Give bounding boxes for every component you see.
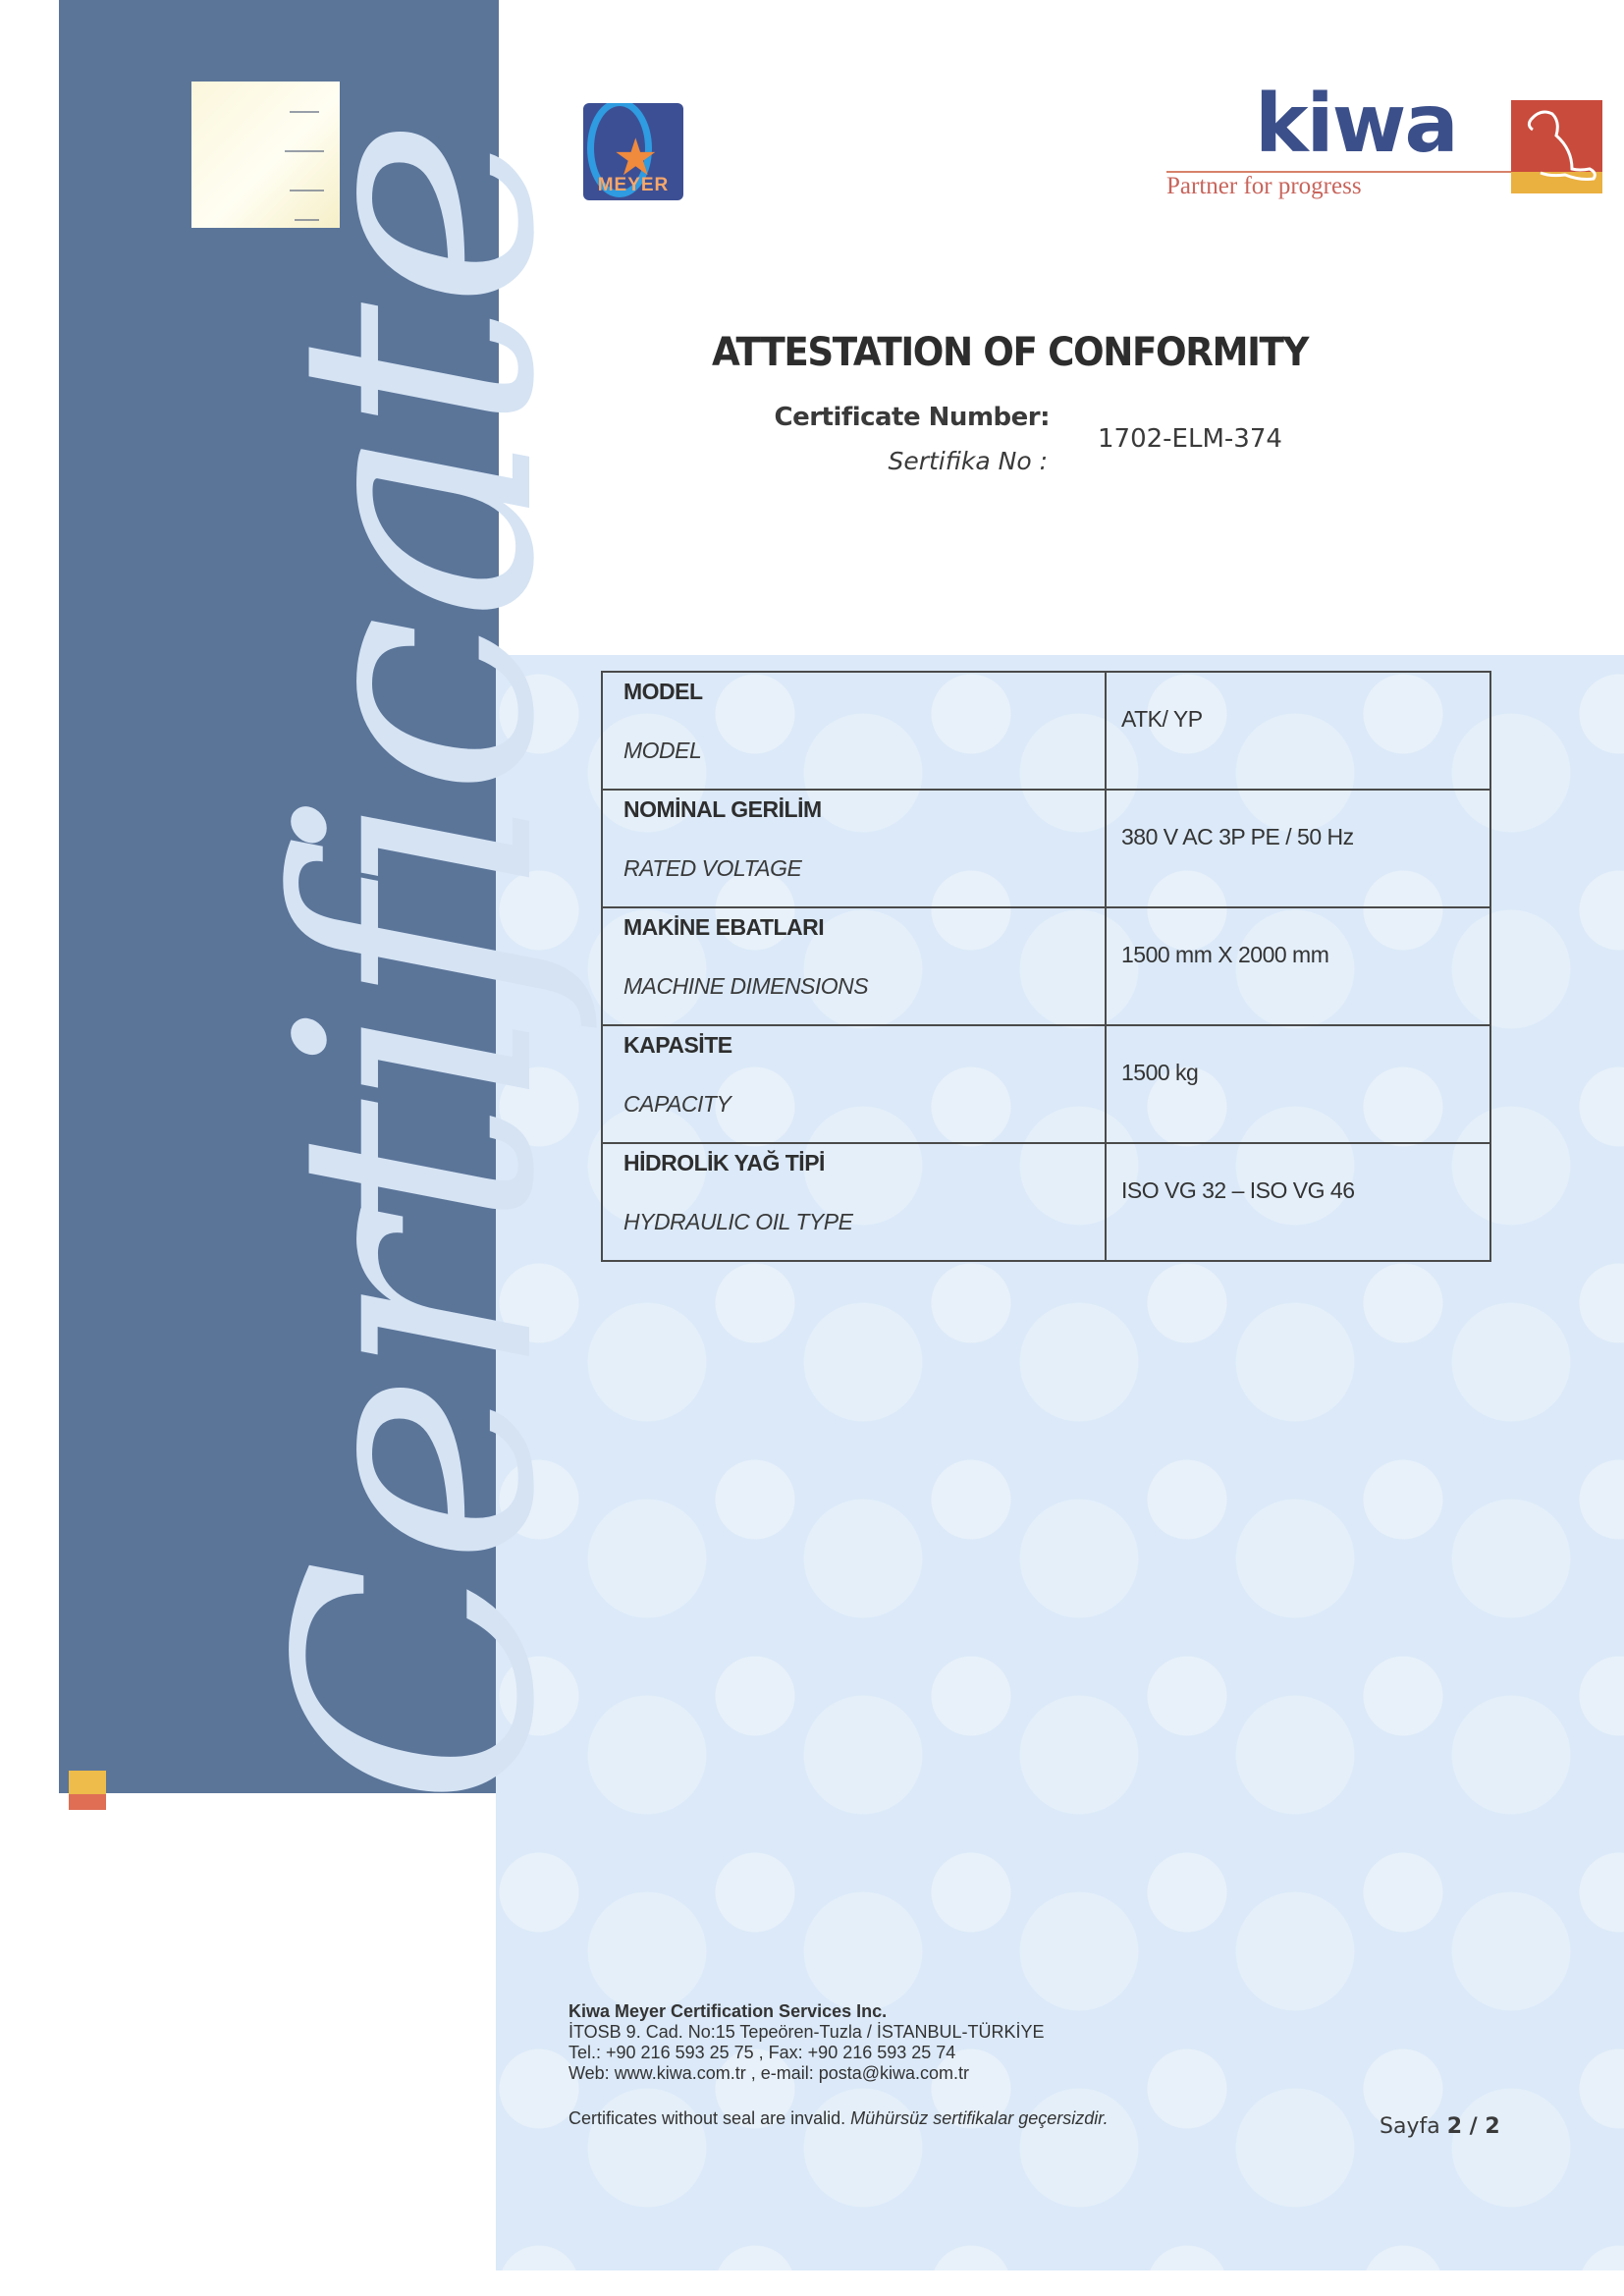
table-row: MAKİNE EBATLARIMACHINE DIMENSIONS1500 mm… bbox=[602, 907, 1490, 1025]
seal-note-tr: Mühürsüz sertifikalar geçersizdir. bbox=[850, 2108, 1108, 2128]
spec-value: 1500 mm X 2000 mm bbox=[1121, 942, 1328, 968]
spec-label-en: MACHINE DIMENSIONS bbox=[623, 973, 868, 1000]
spec-value: 380 V AC 3P PE / 50 Hz bbox=[1121, 824, 1354, 850]
accent-square-red bbox=[69, 1794, 106, 1810]
seal-note: Certificates without seal are invalid. M… bbox=[568, 2108, 1109, 2129]
spec-label-en: CAPACITY bbox=[623, 1091, 731, 1118]
issuer-web: Web: www.kiwa.com.tr , e-mail: posta@kiw… bbox=[568, 2063, 1045, 2084]
meyer-wordmark: MEYER bbox=[583, 175, 683, 196]
spec-label-cell: KAPASİTECAPACITY bbox=[602, 1025, 1106, 1143]
spec-value: ATK/ YP bbox=[1121, 706, 1203, 733]
meyer-logo: ★ MEYER bbox=[583, 103, 683, 200]
spec-value: ISO VG 32 – ISO VG 46 bbox=[1121, 1177, 1355, 1204]
page-indicator: Sayfa 2 / 2 bbox=[1380, 2114, 1500, 2139]
spec-value-cell: 1500 kg bbox=[1106, 1025, 1490, 1143]
spec-table: MODELMODELATK/ YPNOMİNAL GERİLİMRATED VO… bbox=[601, 671, 1491, 1262]
spec-label-tr: KAPASİTE bbox=[623, 1032, 732, 1059]
spec-label-en: MODEL bbox=[623, 738, 701, 764]
issuer-company: Kiwa Meyer Certification Services Inc. bbox=[568, 2001, 1045, 2022]
table-row: HİDROLİK YAĞ TİPİHYDRAULIC OIL TYPEISO V… bbox=[602, 1143, 1490, 1261]
spec-value-cell: ISO VG 32 – ISO VG 46 bbox=[1106, 1143, 1490, 1261]
spec-label-en: RATED VOLTAGE bbox=[623, 855, 801, 882]
spec-label-cell: MAKİNE EBATLARIMACHINE DIMENSIONS bbox=[602, 907, 1106, 1025]
table-row: KAPASİTECAPACITY1500 kg bbox=[602, 1025, 1490, 1143]
vertical-certificate-script: Certificate bbox=[255, 123, 579, 1807]
issuer-address-block: Kiwa Meyer Certification Services Inc. İ… bbox=[568, 2001, 1045, 2084]
spec-label-cell: NOMİNAL GERİLİMRATED VOLTAGE bbox=[602, 790, 1106, 907]
spec-value: 1500 kg bbox=[1121, 1060, 1198, 1086]
page-label: Sayfa bbox=[1380, 2114, 1440, 2139]
page-number: 2 / 2 bbox=[1447, 2114, 1500, 2139]
seal-note-en: Certificates without seal are invalid. bbox=[568, 2108, 845, 2128]
kiwa-tagline: Partner for progress bbox=[1166, 173, 1362, 200]
spec-label-tr: MODEL bbox=[623, 679, 703, 705]
certificate-number: 1702-ELM-374 bbox=[1098, 424, 1282, 454]
table-row: MODELMODELATK/ YP bbox=[602, 672, 1490, 790]
beaver-icon bbox=[1511, 100, 1602, 193]
spec-value-cell: 1500 mm X 2000 mm bbox=[1106, 907, 1490, 1025]
issuer-address: İTOSB 9. Cad. No:15 Tepeören-Tuzla / İST… bbox=[568, 2022, 1045, 2043]
issuer-phone: Tel.: +90 216 593 25 75 , Fax: +90 216 5… bbox=[568, 2043, 1045, 2063]
spec-label-tr: MAKİNE EBATLARI bbox=[623, 914, 824, 941]
spec-value-cell: ATK/ YP bbox=[1106, 672, 1490, 790]
certificate-number-label-tr: Sertifika No : bbox=[888, 447, 1048, 475]
table-row: NOMİNAL GERİLİMRATED VOLTAGE380 V AC 3P … bbox=[602, 790, 1490, 907]
spec-value-cell: 380 V AC 3P PE / 50 Hz bbox=[1106, 790, 1490, 907]
page-title: ATTESTATION OF CONFORMITY bbox=[712, 330, 1308, 375]
spec-label-en: HYDRAULIC OIL TYPE bbox=[623, 1209, 852, 1235]
accent-square-yellow bbox=[69, 1771, 106, 1794]
spec-label-cell: MODELMODEL bbox=[602, 672, 1106, 790]
spec-label-tr: HİDROLİK YAĞ TİPİ bbox=[623, 1150, 825, 1176]
spec-label-cell: HİDROLİK YAĞ TİPİHYDRAULIC OIL TYPE bbox=[602, 1143, 1106, 1261]
spec-label-tr: NOMİNAL GERİLİM bbox=[623, 796, 822, 823]
certificate-number-label: Certificate Number: bbox=[775, 403, 1051, 432]
kiwa-wordmark: kiwa bbox=[1255, 84, 1457, 165]
hologram-sticker bbox=[191, 82, 340, 228]
